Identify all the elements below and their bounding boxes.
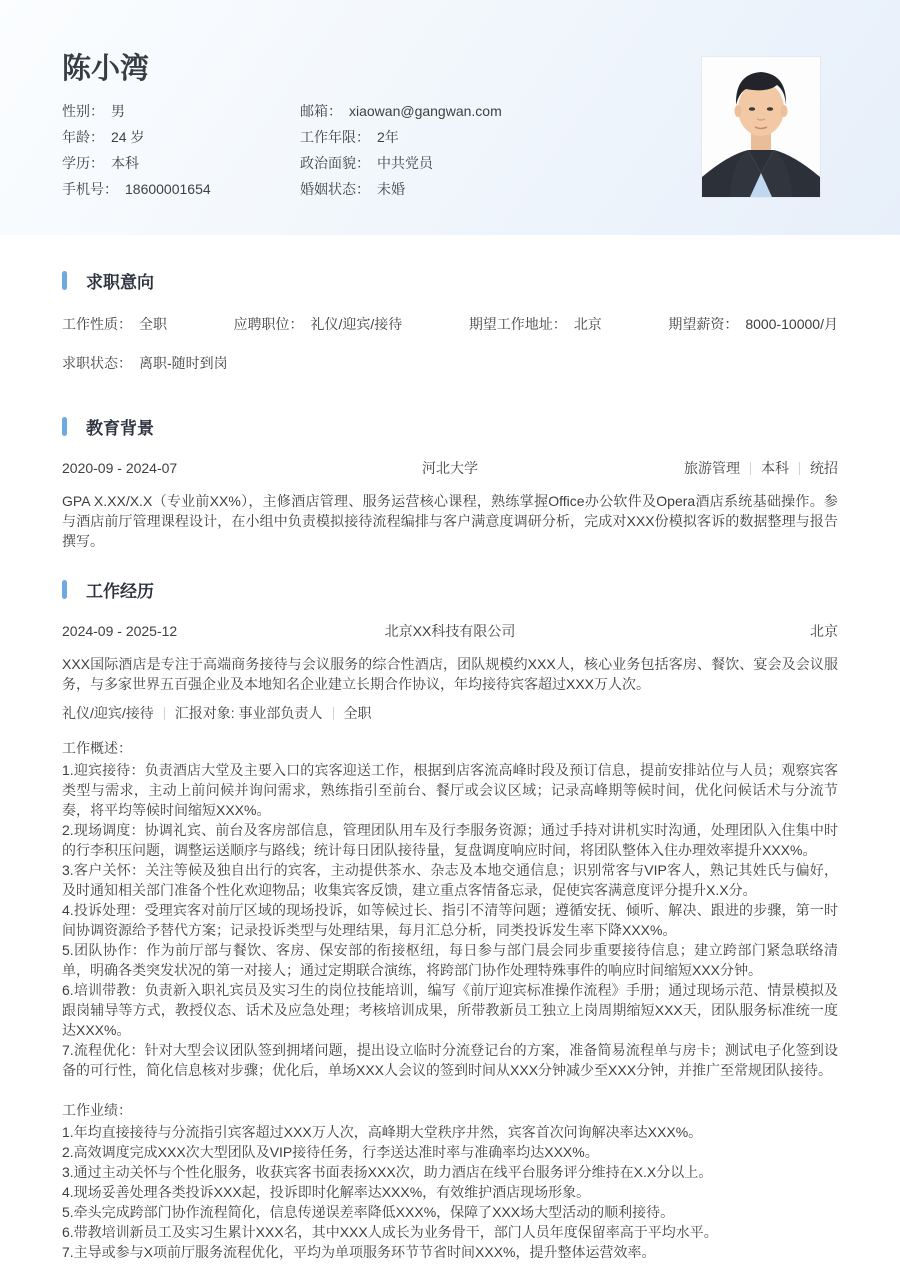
achievement-item: 6.带教培训新员工及实习生累计XXX名，其中XXX人成长为业务骨干，部门人员年度… xyxy=(62,1222,838,1242)
overview-items: 1.迎宾接待：负责酒店大堂及主要入口的宾客迎送工作，根据到店客流高峰时段及预订信… xyxy=(62,760,838,1080)
field-value: 北京 xyxy=(574,314,602,334)
education-tags: 旅游管理 本科 统招 xyxy=(478,458,838,478)
field-value: 礼仪/迎宾/接待 xyxy=(311,314,403,334)
achievements-heading: 工作业绩： xyxy=(62,1100,838,1120)
field-expected-salary: 期望薪资： 8000-10000/月 xyxy=(668,314,838,334)
tag-separator xyxy=(333,707,334,720)
section-work-experience: 工作经历 2024-09 - 2025-12 北京XX科技有限公司 北京 XXX… xyxy=(62,577,838,1262)
field-label: 婚姻状态： xyxy=(300,179,370,199)
field-value: 男 xyxy=(111,101,125,121)
achievement-item: 7.主导或参与X项前厅服务流程优化，平均为单项服务环节节省时间XXX%，提升整体… xyxy=(62,1242,838,1262)
education-period: 2020-09 - 2024-07 xyxy=(62,460,422,476)
field-label: 邮箱： xyxy=(300,101,342,121)
work-head-row: 2024-09 - 2025-12 北京XX科技有限公司 北京 xyxy=(62,621,838,641)
achievement-item: 1.年均直接接待与分流指引宾客超过XXX万人次，高峰期大堂秩序井然，宾客首次问询… xyxy=(62,1122,838,1142)
intention-row-2: 求职状态： 离职-随时到岗 xyxy=(62,353,838,373)
education-major: 旅游管理 xyxy=(684,458,740,478)
overview-item: 6.培训带教：负责新入职礼宾员及实习生的岗位技能培训，编写《前厅迎宾标准操作流程… xyxy=(62,980,838,1040)
overview-item: 2.现场调度：协调礼宾、前台及客房部信息，管理团队用车及行李服务资源；通过手持对… xyxy=(62,820,838,860)
field-education-level: 学历： 本科 xyxy=(62,150,300,176)
field-label: 期望工作地址： xyxy=(469,314,567,334)
work-tags-row: 礼仪/迎宾/接待 汇报对象: 事业部负责人 全职 xyxy=(62,703,838,723)
section-job-intention: 求职意向 工作性质： 全职 应聘职位： 礼仪/迎宾/接待 期望工作地址： 北京 … xyxy=(62,268,838,373)
personal-info-left-column: 性别： 男 年龄： 24 岁 学历： 本科 手机号： 18600001654 xyxy=(62,98,300,202)
field-job-nature: 工作性质： 全职 xyxy=(62,314,167,334)
achievement-item: 4.现场妥善处理各类投诉XXX起，投诉即时化解率达XXX%，有效维护酒店现场形象… xyxy=(62,1182,838,1202)
resume-header: 陈小湾 性别： 男 年龄： 24 岁 学历： 本科 手机号： 186000016… xyxy=(0,0,900,235)
overview-item: 7.流程优化：针对大型会议团队签到拥堵问题，提出设立临时分流登记台的方案，准备简… xyxy=(62,1040,838,1080)
field-label: 应聘职位： xyxy=(234,314,304,334)
education-degree: 本科 xyxy=(761,458,789,478)
tag-separator xyxy=(164,707,165,720)
field-value: 8000-10000/月 xyxy=(745,314,838,334)
education-school: 河北大学 xyxy=(422,458,478,478)
resume-page: 陈小湾 性别： 男 年龄： 24 岁 学历： 本科 手机号： 186000016… xyxy=(0,0,900,1275)
field-value: 全职 xyxy=(139,314,167,334)
field-label: 工作性质： xyxy=(62,314,132,334)
field-value: 离职-随时到岗 xyxy=(139,353,228,373)
work-company: 北京XX科技有限公司 xyxy=(385,621,516,641)
profile-photo xyxy=(702,57,820,197)
section-title: 求职意向 xyxy=(86,268,154,293)
field-label: 手机号： xyxy=(62,179,118,199)
overview-item: 4.投诉处理：受理宾客对前厅区域的现场投诉，如等候过长、指引不清等问题；遵循安抚… xyxy=(62,900,838,940)
field-gender: 性别： 男 xyxy=(62,98,300,124)
section-title: 教育背景 xyxy=(86,414,154,439)
work-location: 北京 xyxy=(515,621,838,641)
field-job-status: 求职状态： 离职-随时到岗 xyxy=(62,353,228,373)
achievement-item: 2.高效调度完成XXX次大型团队及VIP接待任务，行李送达准时率与准确率均达XX… xyxy=(62,1142,838,1162)
section-title: 工作经历 xyxy=(86,577,154,602)
field-value: xiaowan@gangwan.com xyxy=(349,103,502,119)
overview-item: 3.客户关怀：关注等候及独自出行的宾客，主动提供茶水、杂志及本地交通信息；识别常… xyxy=(62,860,838,900)
accent-bar-icon xyxy=(62,271,67,290)
field-age: 年龄： 24 岁 xyxy=(62,124,300,150)
field-value: 18600001654 xyxy=(125,181,211,197)
field-label: 工作年限： xyxy=(300,127,370,147)
field-value: 24 岁 xyxy=(111,127,144,147)
achievement-item: 3.通过主动关怀与个性化服务，收获宾客书面表扬XXX次，助力酒店在线平台服务评分… xyxy=(62,1162,838,1182)
field-label: 年龄： xyxy=(62,127,104,147)
section-header: 求职意向 xyxy=(62,268,838,293)
overview-item: 1.迎宾接待：负责酒店大堂及主要入口的宾客迎送工作，根据到店客流高峰时段及预订信… xyxy=(62,760,838,820)
accent-bar-icon xyxy=(62,580,67,599)
achievement-item: 5.牵头完成跨部门协作流程简化，信息传递误差率降低XXX%，保障了XXX场大型活… xyxy=(62,1202,838,1222)
work-report-to: 汇报对象: 事业部负责人 xyxy=(175,703,323,723)
field-target-location: 期望工作地址： 北京 xyxy=(469,314,602,334)
education-description: GPA X.XX/X.X（专业前XX%），主修酒店管理、服务运营核心课程，熟练掌… xyxy=(62,491,838,551)
field-value: 本科 xyxy=(111,153,139,173)
overview-heading: 工作概述： xyxy=(62,738,838,758)
achievement-items: 1.年均直接接待与分流指引宾客超过XXX万人次，高峰期大堂秩序井然，宾客首次问询… xyxy=(62,1122,838,1262)
work-job-type: 全职 xyxy=(344,703,372,723)
work-period: 2024-09 - 2025-12 xyxy=(62,623,385,639)
field-label: 求职状态： xyxy=(62,353,132,373)
section-header: 教育背景 xyxy=(62,414,838,439)
resume-body: 求职意向 工作性质： 全职 应聘职位： 礼仪/迎宾/接待 期望工作地址： 北京 … xyxy=(0,268,900,1262)
intention-row-1: 工作性质： 全职 应聘职位： 礼仪/迎宾/接待 期望工作地址： 北京 期望薪资：… xyxy=(62,314,838,334)
education-head-row: 2020-09 - 2024-07 河北大学 旅游管理 本科 统招 xyxy=(62,458,838,478)
section-education: 教育背景 2020-09 - 2024-07 河北大学 旅游管理 本科 统招 G… xyxy=(62,414,838,551)
field-label: 期望薪资： xyxy=(668,314,738,334)
field-label: 学历： xyxy=(62,153,104,173)
section-header: 工作经历 xyxy=(62,577,838,602)
field-label: 性别： xyxy=(62,101,104,121)
field-value: 2年 xyxy=(377,127,399,147)
tag-separator xyxy=(750,462,751,475)
company-intro: XXX国际酒店是专注于高端商务接待与会议服务的综合性酒店，团队规模约XXX人，核… xyxy=(62,654,838,694)
field-target-position: 应聘职位： 礼仪/迎宾/接待 xyxy=(234,314,403,334)
accent-bar-icon xyxy=(62,417,67,436)
field-value: 中共党员 xyxy=(377,153,433,173)
field-label: 政治面貌： xyxy=(300,153,370,173)
field-value: 未婚 xyxy=(377,179,405,199)
work-position: 礼仪/迎宾/接待 xyxy=(62,703,154,723)
tag-separator xyxy=(799,462,800,475)
education-enrollment: 统招 xyxy=(810,458,838,478)
overview-item: 5.团队协作：作为前厅部与餐饮、客房、保安部的衔接枢纽，每日参与部门晨会同步重要… xyxy=(62,940,838,980)
portrait-photo-graphic xyxy=(702,57,820,197)
field-phone: 手机号： 18600001654 xyxy=(62,176,300,202)
